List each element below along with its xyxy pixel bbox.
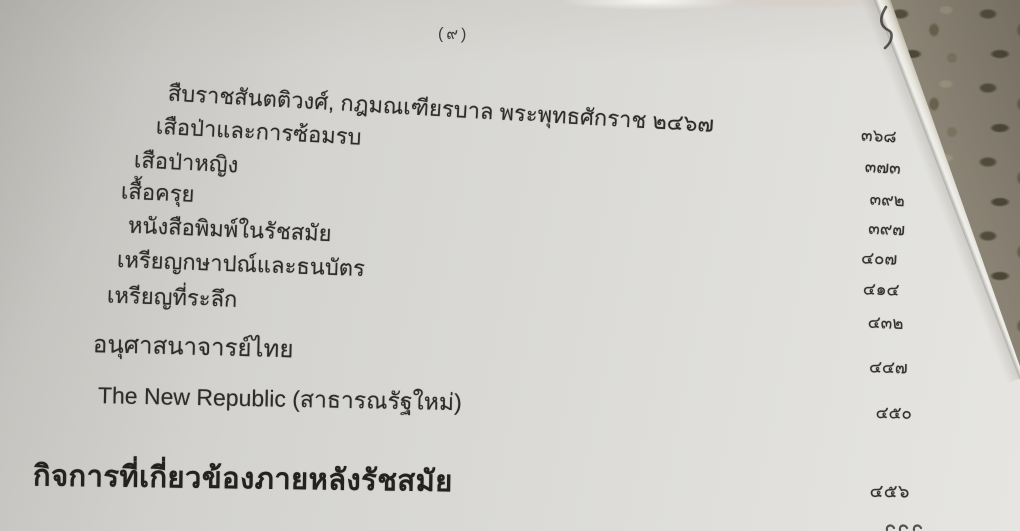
- toc-entry-page-number: ๔๐๗: [861, 247, 898, 272]
- table-of-contents: สืบราชสันตติวงศ์, กฎมณเฑียรบาล พระพุทธศั…: [0, 74, 1020, 498]
- toc-entry-label: อนุศาสนาจารย์ไทย: [93, 328, 294, 367]
- toc-entry-page-number: ๓๖๘: [860, 123, 897, 149]
- toc-entry-page-number: ๓๙๗: [868, 217, 906, 243]
- toc-entry-page-number: ๔๓๒: [867, 311, 903, 336]
- toc-entry-page-number: ๔๕๐: [875, 401, 912, 425]
- toc-entry-page-number: ๔๔๗: [869, 355, 908, 380]
- toc-entry-label: หนังสือพิมพ์ในรัชสมัย: [127, 211, 332, 250]
- toc-entry-label: เหรียญที่ระลึก: [106, 280, 237, 315]
- photo-of-book-page: { "page_header": { "number_label": "(๙)"…: [0, 0, 1020, 531]
- toc-entry-page-number: ๓๙๒: [869, 187, 905, 213]
- partial-next-page-number: [884, 521, 926, 531]
- toc-entry-label: เหรียญกษาปณ์และธนบัตร: [116, 245, 365, 285]
- page-number-header: (๙): [438, 21, 470, 47]
- toc-entry-label: The New Republic (สาธารณรัฐใหม่): [98, 379, 462, 418]
- toc-entry-label: เสื้อครุย: [120, 177, 195, 211]
- toc-section-label: กิจการที่เกี่ยวข้องภายหลังรัชสมัย: [33, 457, 453, 503]
- toc-row: The New Republic (สาธารณรัฐใหม่) ๔๕๐: [0, 377, 1020, 429]
- page-edge-curl-mark: [876, 4, 910, 62]
- toc-entry-page-number: ๔๑๔: [862, 277, 899, 302]
- toc-entry-label: เสือป่าหญิง: [133, 145, 239, 181]
- toc-section-page-number: ๔๕๖: [870, 479, 911, 505]
- toc-entry-page-number: ๓๗๓: [864, 155, 901, 181]
